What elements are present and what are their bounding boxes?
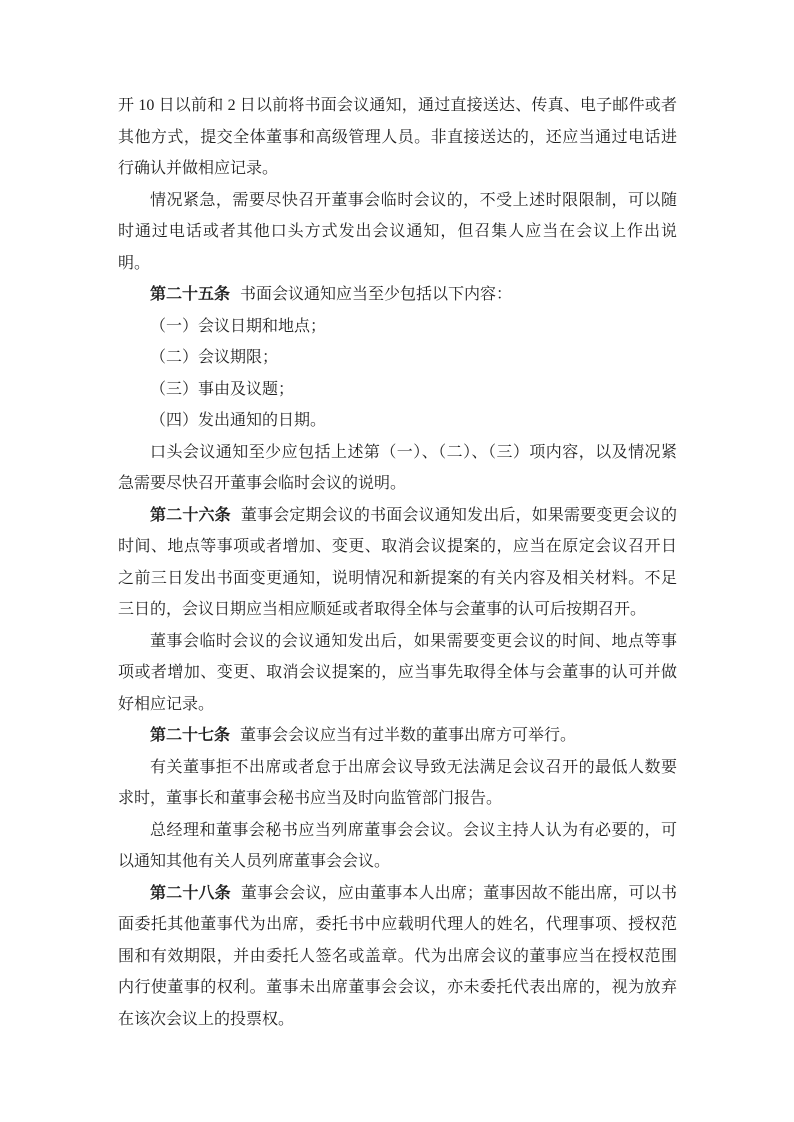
paragraph-text: 情况紧急，需要尽快召开董事会临时会议的，不受上述时限限制，可以随时通过电话或者其…	[118, 192, 677, 272]
list-item-2: （二）会议期限；	[118, 342, 677, 374]
paragraph-text: （三）事由及议题；	[150, 381, 294, 398]
paragraph-text: 书面会议通知应当至少包括以下内容：	[240, 286, 512, 303]
paragraph-text: （一）会议日期和地点；	[150, 318, 326, 335]
paragraph-text: 口头会议通知至少应包括上述第（一）、（二）、（三）项内容，以及情况紧急需要尽快召…	[118, 444, 677, 493]
article-number-label: 第二十六条	[150, 507, 231, 524]
document-page: 开 10 日以前和 2 日以前将书面会议通知，通过直接送达、传真、电子邮件或者其…	[0, 0, 794, 1122]
paragraph-continuation: 开 10 日以前和 2 日以前将书面会议通知，通过直接送达、传真、电子邮件或者其…	[118, 90, 677, 185]
paragraph: 有关董事拒不出席或者怠于出席会议导致无法满足会议召开的最低人数要求时，董事长和董…	[118, 752, 677, 815]
article-28-paragraph: 第二十八条董事会会议，应由董事本人出席；董事因故不能出席，可以书面委托其他董事代…	[118, 878, 677, 1036]
list-item-3: （三）事由及议题；	[118, 374, 677, 406]
article-26-paragraph: 第二十六条董事会定期会议的书面会议通知发出后，如果需要变更会议的时间、地点等事项…	[118, 500, 677, 626]
article-number-label: 第二十八条	[150, 885, 231, 902]
paragraph-text: 总经理和董事会秘书应当列席董事会会议。会议主持人认为有必要的，可以通知其他有关人…	[118, 822, 677, 871]
article-number-label: 第二十七条	[150, 727, 230, 744]
page-background: { "page": { "background_color": "#ffffff…	[0, 0, 794, 1122]
paragraph: 董事会临时会议的会议通知发出后，如果需要变更会议的时间、地点等事项或者增加、变更…	[118, 626, 677, 721]
article-27-paragraph: 第二十七条董事会会议应当有过半数的董事出席方可举行。	[118, 720, 677, 752]
article-25-paragraph: 第二十五条书面会议通知应当至少包括以下内容：	[118, 279, 677, 311]
paragraph-text: 董事会会议，应由董事本人出席；董事因故不能出席，可以书面委托其他董事代为出席，委…	[118, 885, 677, 1028]
paragraph-text: 开 10 日以前和 2 日以前将书面会议通知，通过直接送达、传真、电子邮件或者其…	[118, 97, 677, 177]
document-body: 开 10 日以前和 2 日以前将书面会议通知，通过直接送达、传真、电子邮件或者其…	[118, 90, 677, 1035]
paragraph-text: （四）发出通知的日期。	[150, 412, 326, 429]
list-item-1: （一）会议日期和地点；	[118, 311, 677, 343]
paragraph-text: 董事会会议应当有过半数的董事出席方可举行。	[240, 727, 576, 744]
paragraph: 总经理和董事会秘书应当列席董事会会议。会议主持人认为有必要的，可以通知其他有关人…	[118, 815, 677, 878]
paragraph: 口头会议通知至少应包括上述第（一）、（二）、（三）项内容，以及情况紧急需要尽快召…	[118, 437, 677, 500]
paragraph-text: 有关董事拒不出席或者怠于出席会议导致无法满足会议召开的最低人数要求时，董事长和董…	[118, 759, 677, 808]
paragraph-text: （二）会议期限；	[150, 349, 278, 366]
paragraph-text: 董事会临时会议的会议通知发出后，如果需要变更会议的时间、地点等事项或者增加、变更…	[118, 633, 677, 713]
paragraph: 情况紧急，需要尽快召开董事会临时会议的，不受上述时限限制，可以随时通过电话或者其…	[118, 185, 677, 280]
list-item-4: （四）发出通知的日期。	[118, 405, 677, 437]
article-number-label: 第二十五条	[150, 286, 230, 303]
